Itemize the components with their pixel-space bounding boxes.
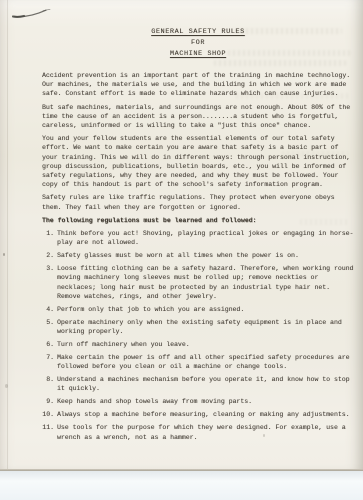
paragraph-accident-prevention: Accident prevention is an important part… [42,71,354,99]
regulation-text: Always stop a machine before measuring, … [54,410,354,419]
scanned-page: GENERAL SAFETY RULES FOR MACHINE SHOP Ac… [0,0,363,500]
regulation-item: 6. Turn off machinery when you leave. [42,340,354,349]
regulation-text: Loose fitting clothing can be a safety h… [54,264,354,301]
ink-speck [3,253,5,256]
regulation-item: 2. Safety glasses must be worn at all ti… [42,251,354,260]
title-line-machine-shop: MACHINE SHOP [42,49,354,60]
document-title: GENERAL SAFETY RULES FOR MACHINE SHOP [42,27,354,60]
regulation-item: 7. Make certain the power is off and all… [42,353,354,371]
regulation-number: 3. [42,264,54,301]
regulation-item: 10. Always stop a machine before measuri… [42,410,354,419]
regulation-text: Think before you act! Shoving, playing p… [54,229,354,247]
regulation-item: 8. Understand a machines mechanism befor… [42,375,354,393]
regulation-item: 1. Think before you act! Shoving, playin… [42,229,354,247]
ink-speck [5,384,8,388]
paragraph-fellow-students: You and your fellow students are the ess… [42,134,354,189]
regulation-text: Operate machinery only when the existing… [54,318,354,336]
regulation-number: 11. [42,423,54,441]
regulation-item: 11. Use tools for the purpose for which … [42,423,354,441]
pen-mark [10,5,56,23]
regulation-text: Keep hands and shop towels away from mov… [54,397,354,406]
regulation-number: 5. [42,318,54,336]
regulation-number: 7. [42,353,54,371]
regulation-text: Understand a machines mechanism before y… [54,375,354,393]
regulation-text: Perform only that job to which you are a… [54,305,354,314]
document-content: GENERAL SAFETY RULES FOR MACHINE SHOP Ac… [42,27,354,446]
paragraph-safety-rules: Safety rules are like traffic regulation… [42,193,354,211]
regulation-number: 4. [42,305,54,314]
regulation-item: 4. Perform only that job to which you ar… [42,305,354,314]
regulation-text: Safety glasses must be worn at all times… [54,251,354,260]
regulation-text: Use tools for the purpose for which they… [54,423,354,441]
regulation-number: 6. [42,340,54,349]
regulation-number: 9. [42,397,54,406]
regulation-item: 5. Operate machinery only when the exist… [42,318,354,336]
paragraph-safe-machines: But safe machines, materials, and surrou… [42,103,354,131]
regulation-item: 9. Keep hands and shop towels away from … [42,397,354,406]
regulation-number: 8. [42,375,54,393]
title-line-for: FOR [42,38,354,49]
scanner-background [0,471,363,500]
regulation-number: 1. [42,229,54,247]
regulation-text: Make certain the power is off and all ot… [54,353,354,371]
paper-sheet: GENERAL SAFETY RULES FOR MACHINE SHOP Ac… [0,0,363,471]
regulation-item: 3. Loose fitting clothing can be a safet… [42,264,354,301]
regulations-heading: The following regulations must be learne… [42,216,354,225]
regulation-text: Turn off machinery when you leave. [54,340,354,349]
paper-crease [7,0,8,471]
title-line-main: GENERAL SAFETY RULES [42,27,354,38]
regulation-number: 10. [42,410,54,419]
regulation-number: 2. [42,251,54,260]
